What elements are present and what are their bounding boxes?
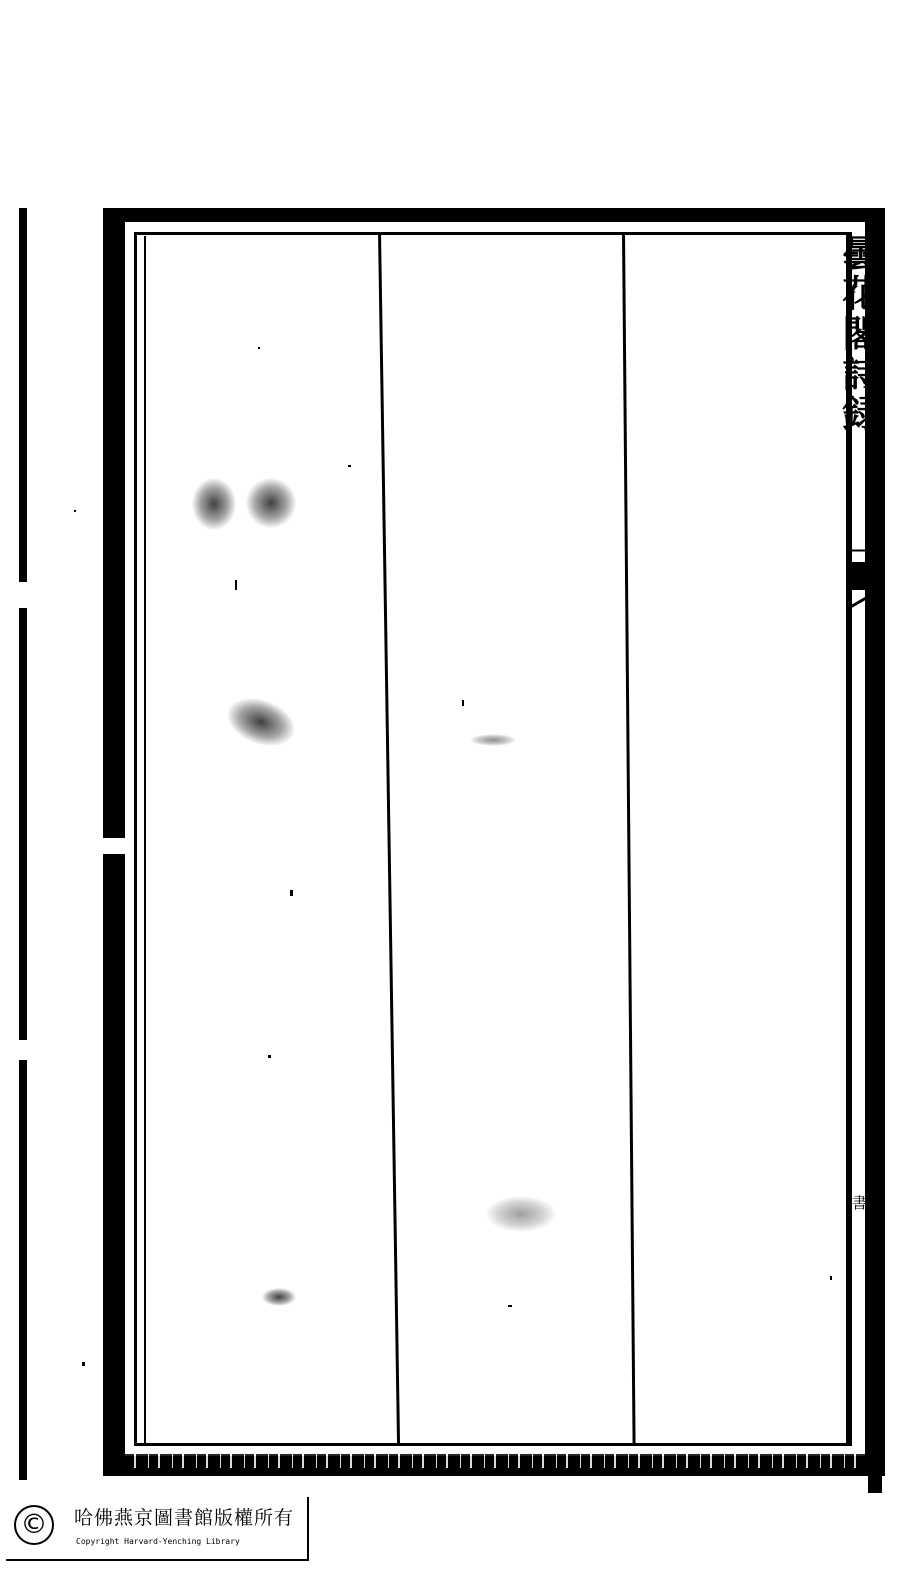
copyright-text-english: Copyright Harvard-Yenching Library [76, 1537, 240, 1546]
frame-break [103, 838, 127, 854]
inner-left-rule [144, 236, 146, 1446]
ink-speck [462, 700, 464, 706]
ink-bleed-mark [262, 1288, 296, 1306]
copyright-text-chinese: 哈佛燕京圖書館版權所有 [74, 1503, 294, 1530]
inner-border-frame [134, 232, 852, 1446]
ink-speck [268, 1055, 271, 1058]
fishtail-mark-icon [849, 562, 871, 590]
ink-speck [830, 1276, 832, 1280]
ink-bleed-mark [192, 478, 236, 530]
ink-speck [508, 1305, 512, 1307]
binding-edge-gap [19, 1040, 27, 1060]
copyright-icon: © [14, 1505, 54, 1545]
ink-speck [258, 347, 260, 349]
binding-edge-line [19, 208, 27, 1480]
fore-edge-title: 曇花閣詩録 [846, 234, 870, 434]
ink-speck [235, 580, 237, 590]
ink-speck [82, 1362, 85, 1366]
ink-bleed-mark [470, 734, 516, 746]
binding-edge-gap [19, 582, 27, 608]
worn-bottom-border [125, 1454, 865, 1468]
ink-speck [348, 465, 351, 467]
ink-bleed-mark [486, 1196, 556, 1232]
ink-speck [290, 890, 293, 896]
ink-speck [74, 510, 76, 512]
folio-mark: 書 [850, 1195, 870, 1211]
copyright-stamp: © 哈佛燕京圖書館版權所有 Copyright Harvard-Yenching… [6, 1497, 309, 1561]
